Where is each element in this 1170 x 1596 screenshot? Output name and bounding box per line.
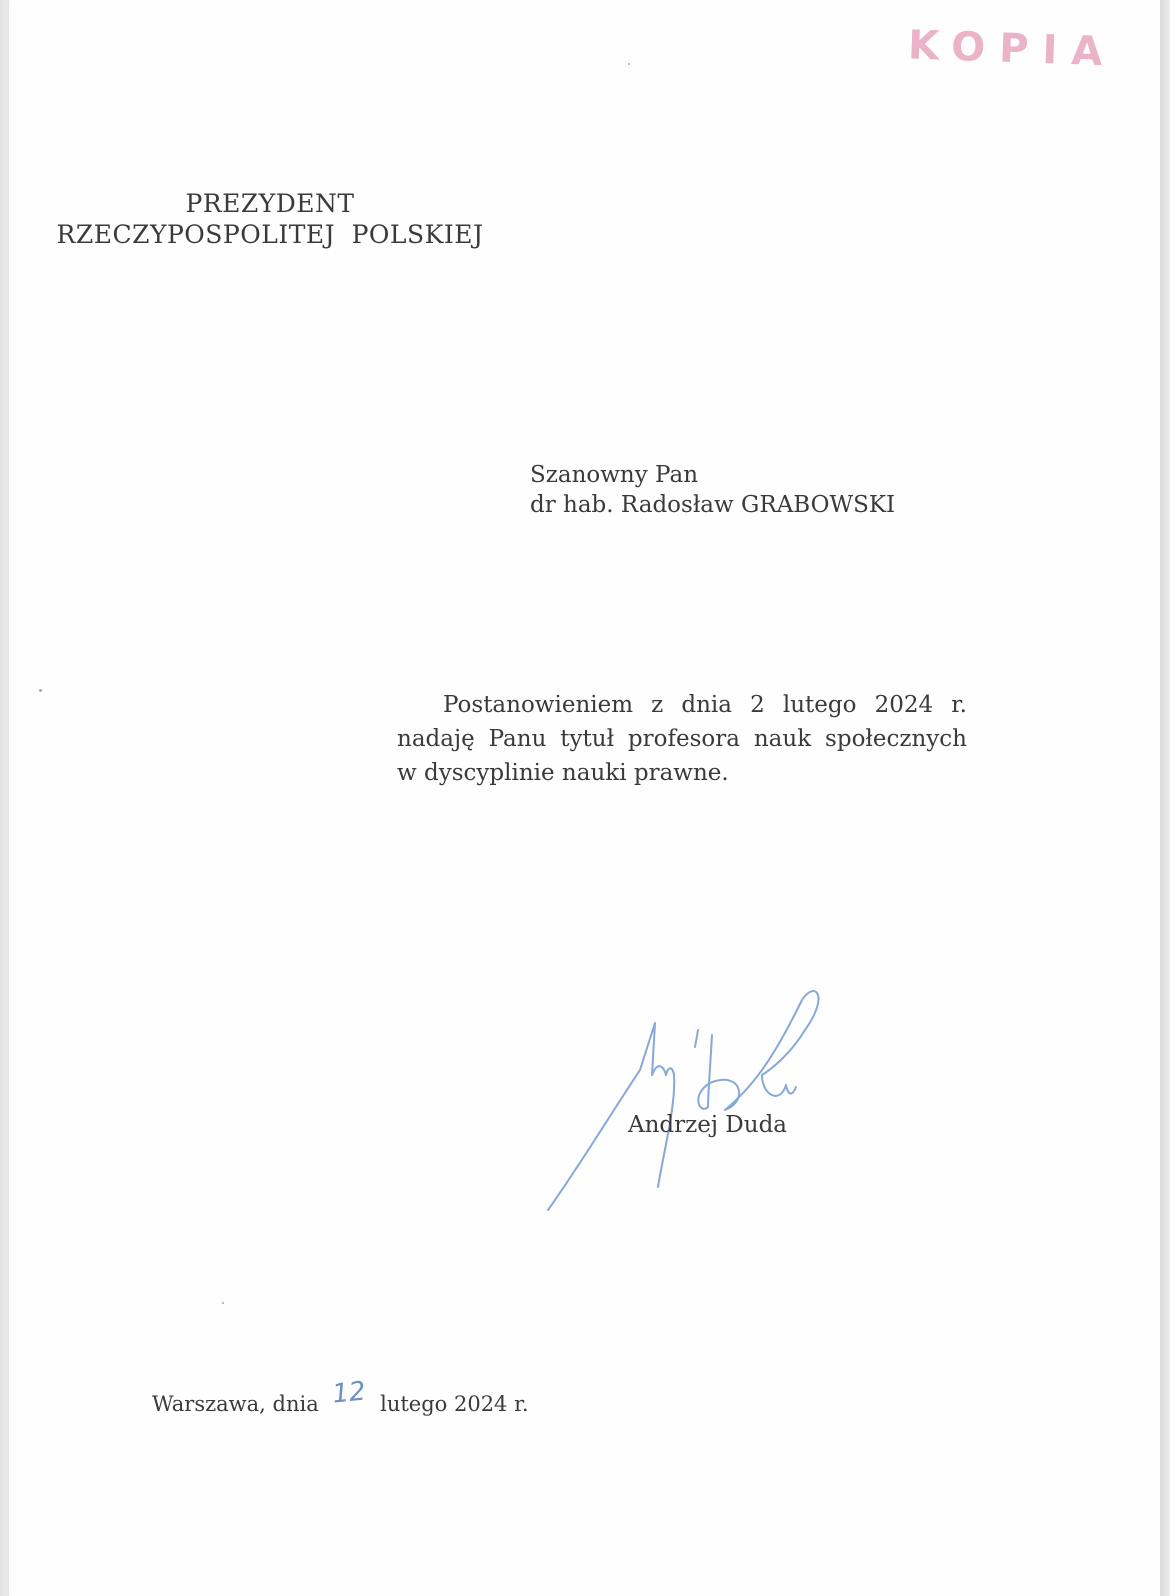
scan-speck xyxy=(39,689,42,692)
letter-body: Postanowieniem z dnia 2 lutego 2024 r. n… xyxy=(397,688,967,790)
letterhead-line-2: RZECZYPOSPOLITEJ POLSKIEJ xyxy=(50,219,490,250)
body-line-2: nadaję Panu tytuł profesora nauk społecz… xyxy=(397,722,967,756)
body-line-1: Postanowieniem z dnia 2 lutego 2024 r. xyxy=(397,688,967,722)
place-and-date: Warszawa, dnia 12 lutego 2024 r. xyxy=(152,1388,529,1419)
handwritten-day: 12 xyxy=(324,1376,375,1411)
page-edge-left xyxy=(0,0,9,1596)
place-date-suffix: lutego 2024 r. xyxy=(380,1392,528,1416)
handwritten-signature xyxy=(540,975,840,1225)
page-edge-right xyxy=(1160,0,1170,1596)
scan-speck xyxy=(628,63,630,65)
copy-stamp: KOPIA xyxy=(907,22,1117,75)
body-line-3: w dyscyplinie nauki prawne. xyxy=(397,756,967,790)
signer-name: Andrzej Duda xyxy=(628,1110,787,1140)
salutation: Szanowny Pan xyxy=(530,460,895,490)
letterhead-line-1: PREZYDENT xyxy=(50,188,490,219)
letterhead: PREZYDENT RZECZYPOSPOLITEJ POLSKIEJ xyxy=(50,188,490,250)
place-date-prefix: Warszawa, dnia xyxy=(152,1392,319,1416)
recipient-name: dr hab. Radosław GRABOWSKI xyxy=(530,490,895,520)
scan-speck xyxy=(222,1302,224,1304)
recipient-address: Szanowny Pan dr hab. Radosław GRABOWSKI xyxy=(530,460,895,520)
